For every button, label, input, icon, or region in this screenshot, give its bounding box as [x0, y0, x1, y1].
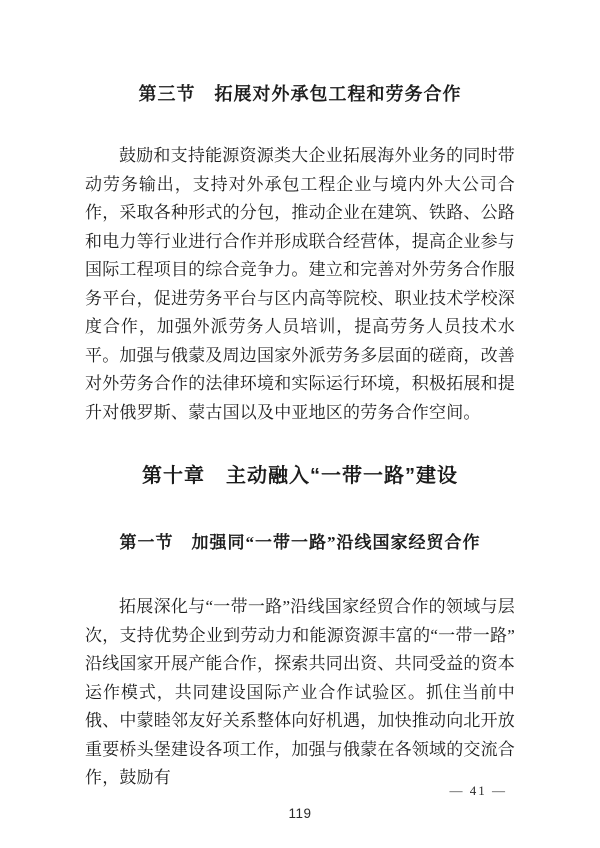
- document-folio-number: — 41 —: [450, 783, 508, 799]
- section-heading-trade-cooperation: 第一节 加强同“一带一路”沿线国家经贸合作: [85, 528, 515, 553]
- chapter-heading-belt-and-road: 第十章 主动融入“一带一路”建设: [85, 459, 515, 488]
- paragraph-belt-road-cooperation: 拓展深化与“一带一路”沿线国家经贸合作的领域与层次，支持优势企业到劳动力和能源资…: [85, 593, 515, 793]
- document-page: 第三节 拓展对外承包工程和劳务合作 鼓励和支持能源资源类大企业拓展海外业务的同时…: [0, 0, 600, 848]
- section-heading-foreign-contracting: 第三节 拓展对外承包工程和劳务合作: [85, 80, 515, 106]
- paragraph-labor-cooperation: 鼓励和支持能源资源类大企业拓展海外业务的同时带动劳务输出，支持对外承包工程企业与…: [85, 142, 515, 427]
- scan-page-number: 119: [0, 806, 600, 821]
